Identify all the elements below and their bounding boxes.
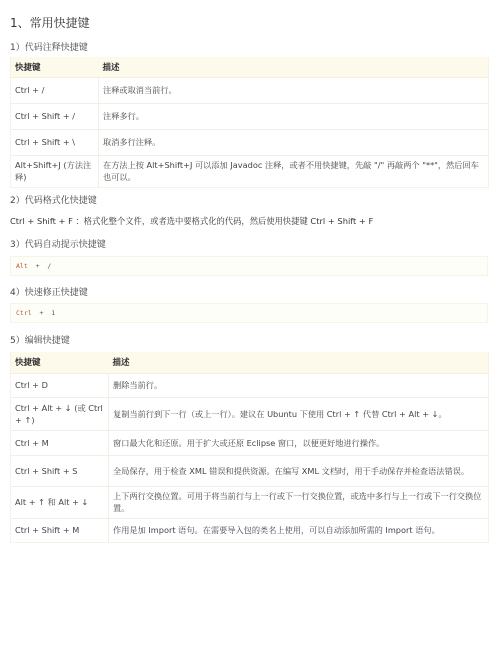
shortcut-cell: Alt + ↑ 和 Alt + ↓: [11, 486, 109, 518]
code-operator: +: [39, 309, 43, 317]
table-row: Alt+Shift+J (方法注释) 在方法上按 Alt+Shift+J 可以添…: [11, 155, 489, 187]
description-cell: 作用是加 Import 语句。在需要导入包的类名上使用，可以自动添加所需的 Im…: [109, 518, 489, 542]
code-block-autocomplete: Alt + /: [10, 256, 488, 276]
shortcut-cell: Ctrl + Shift + M: [11, 518, 109, 542]
table-row: Ctrl + Shift + M 作用是加 Import 语句。在需要导入包的类…: [11, 518, 489, 542]
description-cell: 在方法上按 Alt+Shift+J 可以添加 Javadoc 注释，或者不用快捷…: [99, 155, 489, 187]
code-operator: +: [36, 262, 40, 270]
shortcut-cell: Ctrl + /: [11, 77, 99, 103]
code-keyword: Alt: [16, 262, 28, 270]
table-row: Alt + ↑ 和 Alt + ↓ 上下两行交换位置。可用于将当前行与上一行或下…: [11, 486, 489, 518]
description-cell: 上下两行交换位置。可用于将当前行与上一行或下一行交换位置，或选中多行与上一行或下…: [109, 486, 489, 518]
comment-shortcuts-table: 快捷键 描述 Ctrl + / 注释或取消当前行。 Ctrl + Shift +…: [10, 57, 489, 188]
section-heading: 1、常用快捷键: [10, 14, 90, 31]
table-row: Ctrl + Shift + / 注释多行。: [11, 103, 489, 129]
shortcut-cell: Ctrl + Shift + /: [11, 103, 99, 129]
description-cell: 复制当前行到下一行（或上一行）。建议在 Ubuntu 下使用 Ctrl + ↑ …: [109, 397, 489, 430]
table-row: Ctrl + M 窗口最大化和还原。用于扩大或还原 Eclipse 窗口，以便更…: [11, 430, 489, 455]
column-header-shortcut: 快捷键: [11, 57, 99, 77]
subsection-title-quickfix-shortcuts: 4）快速修正快捷键: [10, 285, 88, 298]
table-header-row: 快捷键 描述: [11, 57, 489, 77]
table-row: Ctrl + Shift + \ 取消多行注释。: [11, 129, 489, 155]
subsection-title-edit-shortcuts: 5）编辑快捷键: [10, 333, 70, 346]
description-cell: 注释多行。: [99, 103, 489, 129]
code-block-quickfix: Ctrl + 1: [10, 303, 488, 323]
code-argument: /: [47, 262, 51, 270]
column-header-description: 描述: [109, 352, 489, 373]
format-shortcut-description: Ctrl + Shift + F ：格式化整个文件，或者选中要格式化的代码，然后…: [10, 215, 373, 227]
subsection-title-comment-shortcuts: 1）代码注释快捷键: [10, 40, 88, 53]
shortcut-cell: Ctrl + M: [11, 430, 109, 455]
shortcut-cell: Alt+Shift+J (方法注释): [11, 155, 99, 187]
shortcut-cell: Ctrl + D: [11, 373, 109, 397]
table-row: Ctrl + D 删除当前行。: [11, 373, 489, 397]
table-row: Ctrl + / 注释或取消当前行。: [11, 77, 489, 103]
shortcut-cell: Ctrl + Shift + \: [11, 129, 99, 155]
description-cell: 删除当前行。: [109, 373, 489, 397]
subsection-title-format-shortcuts: 2）代码格式化快捷键: [10, 193, 97, 206]
shortcut-cell: Ctrl + Alt + ↓ (或 Ctrl + ↑): [11, 397, 109, 430]
description-cell: 取消多行注释。: [99, 129, 489, 155]
description-cell: 注释或取消当前行。: [99, 77, 489, 103]
table-row: Ctrl + Shift + S 全局保存，用于检查 XML 错误和提供资源。在…: [11, 455, 489, 486]
shortcut-cell: Ctrl + Shift + S: [11, 455, 109, 486]
edit-shortcuts-table: 快捷键 描述 Ctrl + D 删除当前行。 Ctrl + Alt + ↓ (或…: [10, 352, 489, 543]
code-argument: 1: [51, 309, 55, 317]
column-header-shortcut: 快捷键: [11, 352, 109, 373]
description-cell: 窗口最大化和还原。用于扩大或还原 Eclipse 窗口，以便更好地进行操作。: [109, 430, 489, 455]
table-header-row: 快捷键 描述: [11, 352, 489, 373]
subsection-title-autocomplete-shortcuts: 3）代码自动提示快捷键: [10, 237, 106, 250]
column-header-description: 描述: [99, 57, 489, 77]
description-cell: 全局保存，用于检查 XML 错误和提供资源。在编写 XML 文档时，用于手动保存…: [109, 455, 489, 486]
table-row: Ctrl + Alt + ↓ (或 Ctrl + ↑) 复制当前行到下一行（或上…: [11, 397, 489, 430]
code-keyword: Ctrl: [16, 309, 32, 317]
